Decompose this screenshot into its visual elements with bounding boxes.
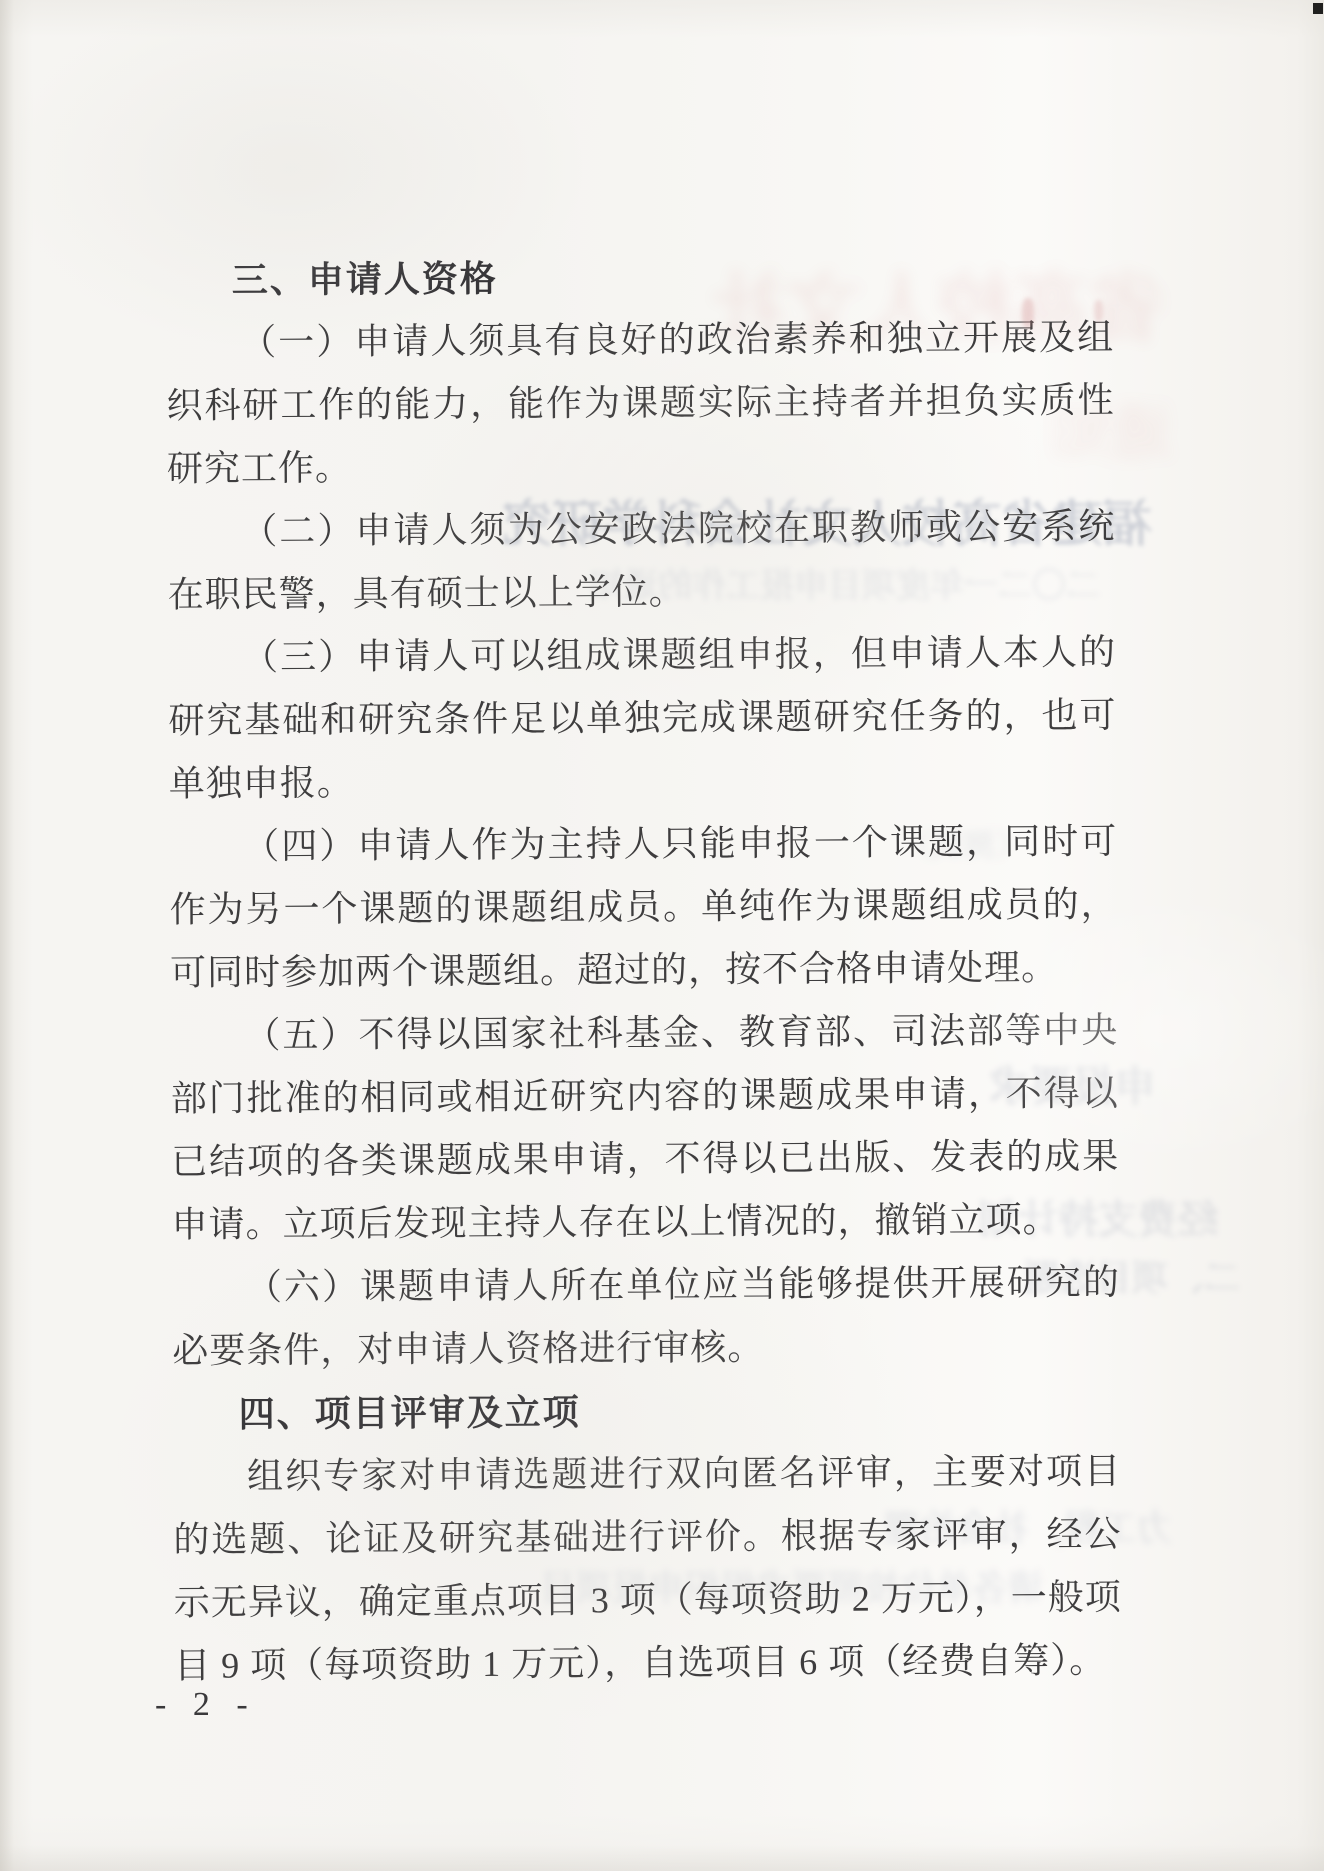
- paragraph: 组织专家对申请选题进行双向匿名评审，主要对项目的选题、论证及研究基础进行评价。根…: [173, 1440, 1123, 1698]
- paragraph: （二）申请人须为公安政法院校在职教师或公安系统在职民警，具有硕士以上学位。: [167, 495, 1116, 627]
- page-number: - 2 -: [155, 1686, 257, 1724]
- scan-artifact-speck: [1313, 3, 1323, 14]
- scan-artifact-red-smudge: [1094, 300, 1103, 322]
- paragraph: （六）课题申请人所在单位应当能够提供开展研究的必要条件，对申请人资格进行审核。: [172, 1251, 1121, 1383]
- section-heading: 四、项目评审及立项: [173, 1377, 1121, 1446]
- section-heading: 三、申请人资格: [166, 243, 1114, 312]
- paragraph: （三）申请人可以组成课题组申报，但申请人本人的研究基础和研究条件足以单独完成课题…: [168, 621, 1117, 816]
- scan-artifact-red-smudge: [1022, 298, 1034, 328]
- paragraph: （五）不得以国家社科基金、教育部、司法部等中央部门批准的相同或相近研究内容的课题…: [170, 999, 1120, 1257]
- paragraph: （四）申请人作为主持人只能申报一个课题，同时可作为另一个课题的课题组成员。单纯作…: [169, 810, 1118, 1005]
- scanned-document-page: 省高校人文社 通知 福建省高校人文社会科学研究 二〇二一年度项目申报工作的通知 …: [0, 0, 1324, 1871]
- scan-edge-shadow: [0, 1845, 1324, 1871]
- paragraph: （一）申请人须具有良好的政治素养和独立开展及组织科研工作的能力，能作为课题实际主…: [166, 306, 1115, 501]
- scan-edge-shadow: [0, 0, 14, 1871]
- document-text-block: 三、申请人资格 （一）申请人须具有良好的政治素养和独立开展及组织科研工作的能力，…: [166, 243, 1123, 1698]
